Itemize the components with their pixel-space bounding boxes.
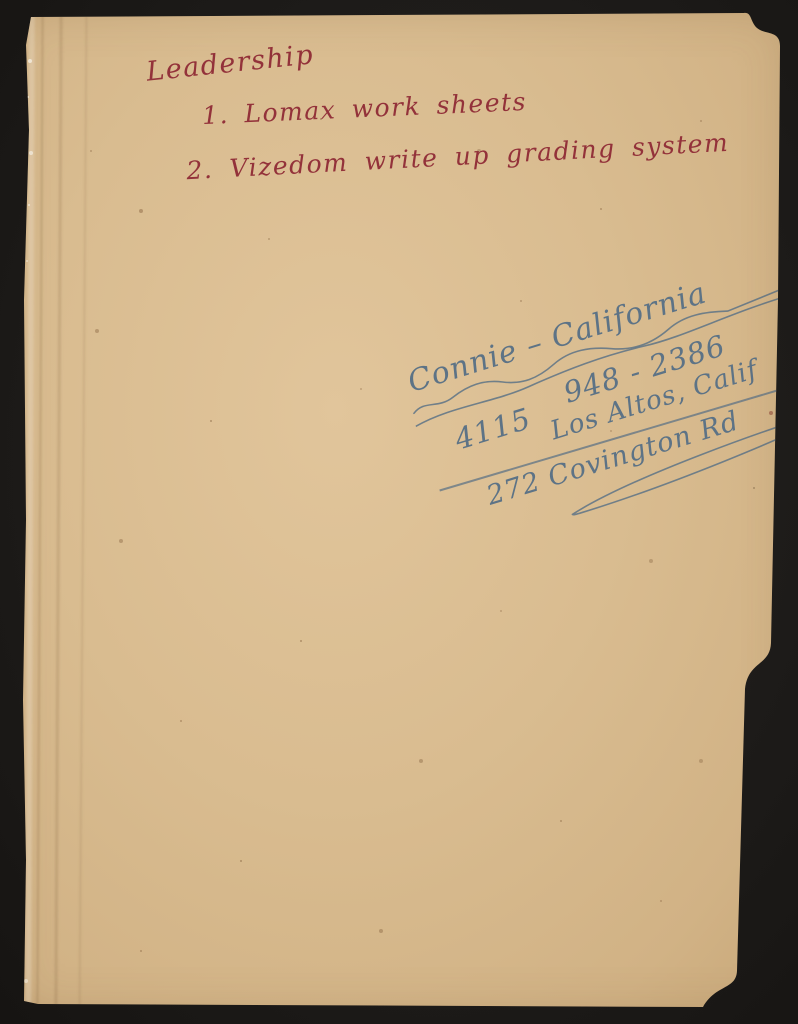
paper-speckles <box>0 0 2 2</box>
scan-background: Leadership 1. Lomax work sheets 2. Vized… <box>0 0 798 1024</box>
spine-crease-line <box>54 0 62 1024</box>
folder-cover: Leadership 1. Lomax work sheets 2. Vized… <box>0 0 798 1024</box>
spine-crease-line <box>78 0 87 1024</box>
spine-crease-line <box>36 0 43 1024</box>
handwritten-title-leadership: Leadership <box>145 39 316 87</box>
torn-edge-specks <box>0 0 2 2</box>
handwritten-note-item2: 2. Vizedom write up grading system <box>186 128 730 185</box>
handwritten-address-block: Connie – California 4115948 - 2386 Los A… <box>398 242 798 556</box>
handwritten-note-item1: 1. Lomax work sheets <box>202 87 528 130</box>
spine-edge-highlight <box>25 14 34 1004</box>
